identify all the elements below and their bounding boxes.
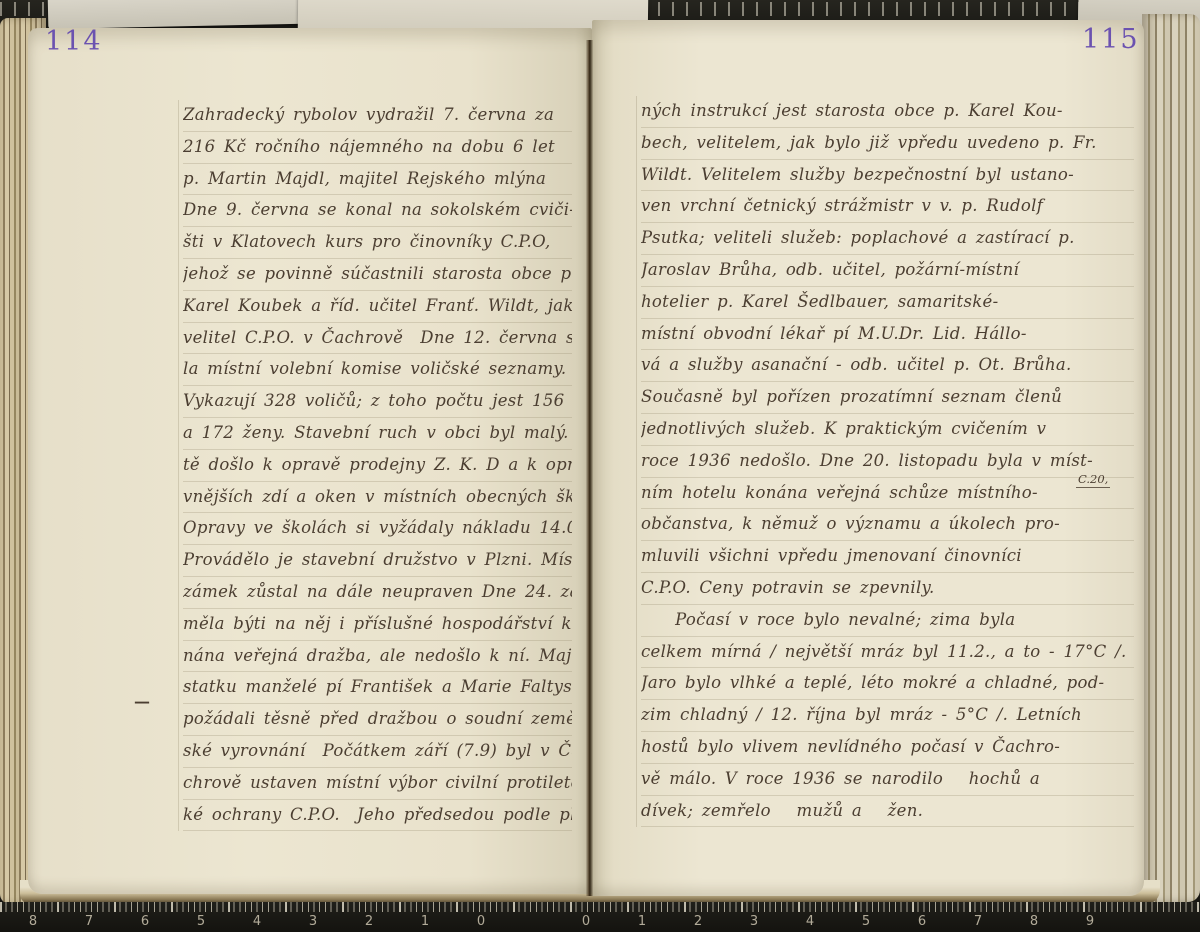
- ruler-number: 8: [1006, 914, 1062, 929]
- handwritten-line: p. Martin Majdl, majitel Rejského mlýna: [183, 164, 572, 196]
- ruler-number: 1: [614, 914, 670, 929]
- handwritten-line: vnějších zdí a oken v místních obecných …: [183, 482, 572, 514]
- handwritten-line: ské vyrovnání Počátkem září (7.9) byl v …: [183, 736, 572, 768]
- handwritten-line: hostů bylo vlivem nevlídného počasí v Ča…: [641, 732, 1134, 764]
- handwritten-line: Provádělo je stavební družstvo v Plzni. …: [183, 545, 572, 577]
- ruler-number: 4: [229, 914, 285, 929]
- ruler-number: 8: [5, 914, 61, 929]
- handwritten-line: měla býti na něj i příslušné hospodářstv…: [183, 609, 572, 641]
- handwritten-line: občanstva, k němuž o významu a úkolech p…: [641, 509, 1134, 541]
- handwritten-line: Jaroslav Brůha, odb. učitel, požární-mís…: [641, 255, 1134, 287]
- handwritten-line: Zahradecký rybolov vydražil 7. června za: [183, 100, 572, 132]
- handwritten-line: Karel Koubek a říd. učitel Franť. Wildt,…: [183, 291, 572, 323]
- handwritten-line: požádali těsně před dražbou o soudní zem…: [183, 704, 572, 736]
- right-page-number: 115: [1082, 24, 1140, 55]
- ruler-number: 3: [285, 914, 341, 929]
- right-page-stack-edges: [1142, 14, 1200, 902]
- handwritten-line: dívek; zemřelo mužů a žen.: [641, 796, 1134, 828]
- ruler-number: 3: [726, 914, 782, 929]
- ruler-number: 2: [670, 914, 726, 929]
- ruler-number: 0: [453, 914, 509, 929]
- margin-dash: —: [134, 692, 150, 711]
- handwritten-line: statku manželé pí František a Marie Falt…: [183, 672, 572, 704]
- handwritten-line: chrově ustaven místní výbor civilní prot…: [183, 768, 572, 800]
- handwritten-line: ných instrukcí jest starosta obce p. Kar…: [641, 96, 1134, 128]
- scanned-book-photo: 114 115 Zahradecký rybolov vydražil 7. č…: [0, 0, 1200, 932]
- handwritten-line: zámek zůstal na dále neupraven Dne 24. z…: [183, 577, 572, 609]
- ruler-number: 9: [1062, 914, 1118, 929]
- right-page-text: ných instrukcí jest starosta obce p. Kar…: [636, 96, 1134, 827]
- ruler-number: 4: [782, 914, 838, 929]
- handwritten-line: C.P.O. Ceny potravin se zpevnily.: [641, 573, 1134, 605]
- handwritten-line: jednotlivých služeb. K praktickým cvičen…: [641, 414, 1134, 446]
- ruler-number: 5: [838, 914, 894, 929]
- handwritten-line: celkem mírná / největší mráz byl 11.2., …: [641, 637, 1134, 669]
- handwritten-line: Psutka; veliteli služeb: poplachové a za…: [641, 223, 1134, 255]
- bottom-ruler: 876543210 0123456789: [0, 902, 1200, 932]
- handwritten-line: ven vrchní četnický strážmistr v v. p. R…: [641, 191, 1134, 223]
- handwritten-line: šti v Klatovech kurs pro činovníky C.P.O…: [183, 227, 572, 259]
- ruler-number: 6: [894, 914, 950, 929]
- handwritten-line: Wildt. Velitelem služby bezpečnostní byl…: [641, 160, 1134, 192]
- handwritten-line: Jaro bylo vlhké a teplé, léto mokré a ch…: [641, 668, 1134, 700]
- bottom-ruler-numbers-left: 876543210: [5, 914, 509, 929]
- handwritten-line: nána veřejná dražba, ale nedošlo k ní. M…: [183, 641, 572, 673]
- handwritten-line: Dne 9. června se konal na sokolském cvič…: [183, 195, 572, 227]
- ruler-number: 0: [558, 914, 614, 929]
- ruler-number: 7: [61, 914, 117, 929]
- left-page-number: 114: [45, 26, 103, 57]
- handwritten-line: a 172 ženy. Stavební ruch v obci byl mal…: [183, 418, 572, 450]
- handwritten-line: hotelier p. Karel Šedlbauer, samaritské-: [641, 287, 1134, 319]
- ruler-number: 7: [950, 914, 1006, 929]
- handwritten-line: zim chladný / 12. října byl mráz - 5°C /…: [641, 700, 1134, 732]
- book-gutter: [586, 40, 593, 896]
- handwritten-line: velitel C.P.O. v Čachrově Dne 12. června…: [183, 323, 572, 355]
- handwritten-line: Současně byl pořízen prozatímní seznam č…: [641, 382, 1134, 414]
- handwritten-line: tě došlo k opravě prodejny Z. K. D a k o…: [183, 450, 572, 482]
- handwritten-line: jehož se povinně súčastnili starosta obc…: [183, 259, 572, 291]
- handwritten-line: la místní volební komise voličské seznam…: [183, 354, 572, 386]
- left-page-text: Zahradecký rybolov vydražil 7. června za…: [178, 100, 572, 831]
- ruler-number: 5: [173, 914, 229, 929]
- bottom-ruler-ticks-icon: [0, 902, 1200, 912]
- ruler-number: 1: [397, 914, 453, 929]
- ruler-number: 2: [341, 914, 397, 929]
- handwritten-line: ním hotelu konána veřejná schůze místníh…: [641, 478, 1134, 510]
- bottom-ruler-numbers-right: 0123456789: [558, 914, 1118, 929]
- handwritten-line: bech, velitelem, jak bylo již vpředu uve…: [641, 128, 1134, 160]
- handwritten-line: vě málo. V roce 1936 se narodilo hochů a: [641, 764, 1134, 796]
- handwritten-line: 216 Kč ročního nájemného na dobu 6 let: [183, 132, 572, 164]
- superscript-correction-note: C.20,: [1076, 472, 1110, 488]
- handwritten-line: Vykazují 328 voličů; z toho počtu jest 1…: [183, 386, 572, 418]
- handwritten-line: Počasí v roce bylo nevalné; zima byla: [641, 605, 1134, 637]
- handwritten-line: roce 1936 nedošlo. Dne 20. listopadu byl…: [641, 446, 1134, 478]
- handwritten-line: mluvili všichni vpředu jmenovaní činovní…: [641, 541, 1134, 573]
- handwritten-line: Opravy ve školách si vyžádaly nákladu 14…: [183, 513, 572, 545]
- ruler-number: 6: [117, 914, 173, 929]
- handwritten-line: ké ochrany C.P.O. Jeho předsedou podle p…: [183, 800, 572, 832]
- handwritten-line: místní obvodní lékař pí M.U.Dr. Lid. Hál…: [641, 319, 1134, 351]
- handwritten-line: vá a služby asanační - odb. učitel p. Ot…: [641, 350, 1134, 382]
